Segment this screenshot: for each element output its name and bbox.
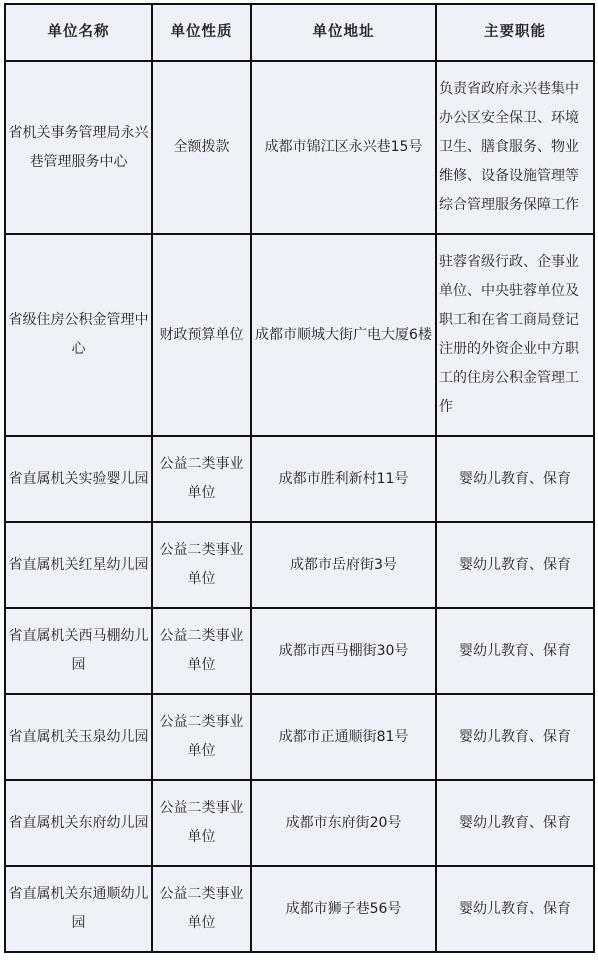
cell-unit-type: 公益二类事业单位 bbox=[152, 780, 251, 866]
table-row: 省直属机关东府幼儿园 公益二类事业单位 成都市东府街20号 婴幼儿教育、保育 bbox=[5, 780, 594, 866]
cell-unit-type: 公益二类事业单位 bbox=[152, 436, 251, 522]
cell-unit-address: 成都市锦江区永兴巷15号 bbox=[251, 61, 436, 234]
cell-main-duty: 驻蓉省级行政、企事业单位、中央驻蓉单位及职工和在省工商局登记注册的外资企业中方职… bbox=[436, 234, 594, 436]
cell-main-duty: 婴幼儿教育、保育 bbox=[436, 608, 594, 694]
table-row: 省直属机关玉泉幼儿园 公益二类事业单位 成都市正通顺街81号 婴幼儿教育、保育 bbox=[5, 694, 594, 780]
cell-unit-name: 省机关事务管理局永兴巷管理服务中心 bbox=[5, 61, 152, 234]
cell-unit-type: 全额拨款 bbox=[152, 61, 251, 234]
table-row: 省直属机关东通顺幼儿园 公益二类事业单位 成都市狮子巷56号 婴幼儿教育、保育 bbox=[5, 866, 594, 952]
cell-unit-name: 省直属机关东通顺幼儿园 bbox=[5, 866, 152, 952]
cell-unit-type: 公益二类事业单位 bbox=[152, 608, 251, 694]
cell-main-duty: 婴幼儿教育、保育 bbox=[436, 866, 594, 952]
cell-unit-type: 公益二类事业单位 bbox=[152, 522, 251, 608]
cell-unit-address: 成都市西马棚街30号 bbox=[251, 608, 436, 694]
table-row: 省直属机关红星幼儿园 公益二类事业单位 成都市岳府街3号 婴幼儿教育、保育 bbox=[5, 522, 594, 608]
table-row: 省直属机关西马棚幼儿园 公益二类事业单位 成都市西马棚街30号 婴幼儿教育、保育 bbox=[5, 608, 594, 694]
cell-unit-address: 成都市东府街20号 bbox=[251, 780, 436, 866]
table-row: 省机关事务管理局永兴巷管理服务中心 全额拨款 成都市锦江区永兴巷15号 负责省政… bbox=[5, 61, 594, 234]
cell-unit-name: 省直属机关西马棚幼儿园 bbox=[5, 608, 152, 694]
cell-unit-address: 成都市岳府街3号 bbox=[251, 522, 436, 608]
header-unit-name: 单位名称 bbox=[5, 4, 152, 61]
header-row: 单位名称 单位性质 单位地址 主要职能 bbox=[5, 4, 594, 61]
header-main-duty: 主要职能 bbox=[436, 4, 594, 61]
header-unit-type: 单位性质 bbox=[152, 4, 251, 61]
cell-main-duty: 婴幼儿教育、保育 bbox=[436, 780, 594, 866]
cell-unit-address: 成都市狮子巷56号 bbox=[251, 866, 436, 952]
cell-unit-type: 财政预算单位 bbox=[152, 234, 251, 436]
table-row: 省直属机关实验婴儿园 公益二类事业单位 成都市胜利新村11号 婴幼儿教育、保育 bbox=[5, 436, 594, 522]
cell-unit-address: 成都市胜利新村11号 bbox=[251, 436, 436, 522]
cell-unit-name: 省级住房公积金管理中心 bbox=[5, 234, 152, 436]
cell-unit-name: 省直属机关实验婴儿园 bbox=[5, 436, 152, 522]
units-table: 单位名称 单位性质 单位地址 主要职能 省机关事务管理局永兴巷管理服务中心 全额… bbox=[4, 3, 595, 953]
cell-main-duty: 负责省政府永兴巷集中办公区安全保卫、环境卫生、膳食服务、物业维修、设备设施管理等… bbox=[436, 61, 594, 234]
cell-main-duty: 婴幼儿教育、保育 bbox=[436, 522, 594, 608]
cell-unit-type: 公益二类事业单位 bbox=[152, 694, 251, 780]
cell-unit-address: 成都市正通顺街81号 bbox=[251, 694, 436, 780]
cell-main-duty: 婴幼儿教育、保育 bbox=[436, 436, 594, 522]
table-row: 省级住房公积金管理中心 财政预算单位 成都市顺城大街广电大厦6楼 驻蓉省级行政、… bbox=[5, 234, 594, 436]
cell-unit-name: 省直属机关红星幼儿园 bbox=[5, 522, 152, 608]
cell-unit-name: 省直属机关玉泉幼儿园 bbox=[5, 694, 152, 780]
cell-unit-type: 公益二类事业单位 bbox=[152, 866, 251, 952]
header-unit-address: 单位地址 bbox=[251, 4, 436, 61]
cell-unit-address: 成都市顺城大街广电大厦6楼 bbox=[251, 234, 436, 436]
cell-unit-name: 省直属机关东府幼儿园 bbox=[5, 780, 152, 866]
cell-main-duty: 婴幼儿教育、保育 bbox=[436, 694, 594, 780]
